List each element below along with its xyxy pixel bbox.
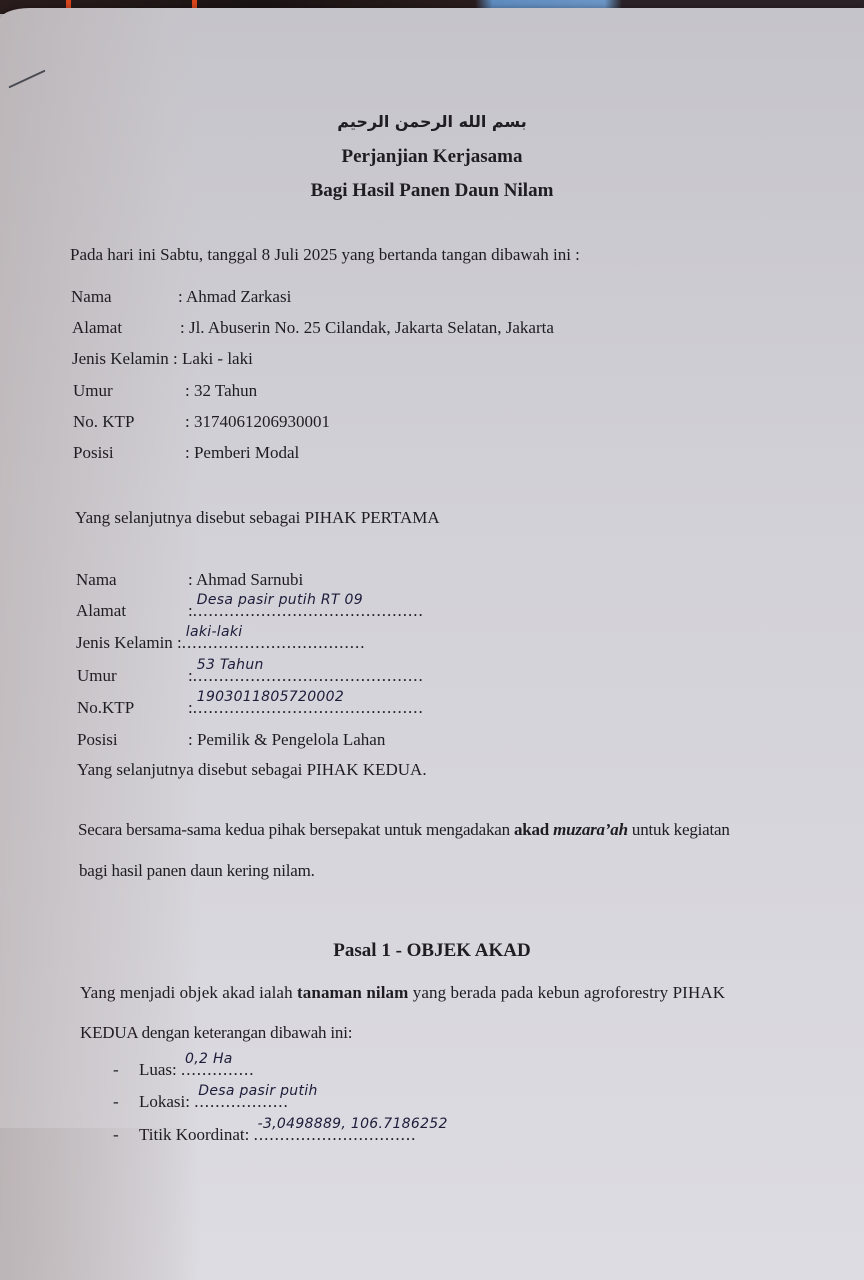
party-two-age: Umur:...................................…: [77, 666, 424, 686]
party-one-gender: Jenis Kelamin : Laki - laki: [72, 349, 253, 369]
handwritten-value: laki-laki: [186, 624, 243, 640]
field-label: Jenis Kelamin: [72, 349, 169, 369]
bullet: -: [113, 1092, 139, 1112]
party-two-gender: Jenis Kelamin :.........................…: [76, 633, 366, 653]
agreement-text: Secara bersama-sama kedua pihak bersepak…: [78, 820, 514, 839]
title-line-2: Bagi Hasil Panen Daun Nilam: [0, 180, 864, 202]
field-label: Nama: [71, 287, 178, 307]
field-value: : Pemilik & Pengelola Lahan: [188, 730, 385, 749]
pasal-1-heading: Pasal 1 - OBJEK AKAD: [0, 940, 864, 962]
field-label: Umur: [77, 666, 188, 686]
list-item-lokasi: -Lokasi: ..................Desa pasir pu…: [113, 1092, 289, 1112]
party-two-ktp: No.KTP:.................................…: [77, 698, 424, 718]
field-value: : Ahmad Zarkasi: [178, 287, 291, 306]
party-one-name: Nama: Ahmad Zarkasi: [71, 287, 291, 307]
field-label: No.KTP: [77, 698, 188, 718]
party-one-ktp: No. KTP: 3174061206930001: [73, 412, 330, 432]
item-label: Lokasi:: [139, 1092, 190, 1111]
field-value: : Ahmad Sarnubi: [188, 570, 303, 589]
party-two-address: Alamat:.................................…: [76, 601, 424, 621]
item-label: Luas:: [139, 1060, 177, 1079]
intro-text: yang berada pada kebun agroforestry PIHA…: [408, 983, 725, 1002]
handwritten-field: ........................................…: [193, 666, 424, 686]
handwritten-value: -3,0498889, 106.7186252: [258, 1116, 448, 1132]
field-label: Jenis Kelamin: [76, 633, 173, 653]
field-value: : 32 Tahun: [185, 381, 257, 400]
list-item-koordinat: -Titik Koordinat: ......................…: [113, 1125, 416, 1145]
field-label: Nama: [76, 570, 188, 590]
opening-statement: Pada hari ini Sabtu, tanggal 8 Juli 2025…: [70, 245, 580, 265]
handwritten-field: ........................................…: [193, 698, 424, 718]
field-label: No. KTP: [73, 412, 185, 432]
handwritten-value: Desa pasir putih RT 09: [197, 592, 363, 608]
list-item-luas: -Luas: ..............0,2 Ha: [113, 1060, 255, 1080]
handwritten-field: ...............................-3,049888…: [254, 1125, 417, 1145]
party-one-address: Alamat: Jl. Abuserin No. 25 Cilandak, Ja…: [72, 318, 554, 338]
field-value: : Jl. Abuserin No. 25 Cilandak, Jakarta …: [180, 318, 554, 337]
pasal-1-intro-line-1: Yang menjadi objek akad ialah tanaman ni…: [80, 983, 725, 1003]
handwritten-field: ..............0,2 Ha: [181, 1060, 255, 1080]
party-one-position: Posisi: Pemberi Modal: [73, 443, 299, 463]
title-line-1: Perjanjian Kerjasama: [0, 146, 864, 168]
handwritten-value: Desa pasir putih: [198, 1083, 317, 1099]
field-value: : Laki - laki: [173, 349, 253, 368]
pencil-mark: [8, 70, 45, 89]
field-value: : 3174061206930001: [185, 412, 330, 431]
party-two-name: Nama: Ahmad Sarnubi: [76, 570, 303, 590]
shadow: [0, 1128, 200, 1280]
handwritten-value: 1903011805720002: [197, 689, 344, 705]
field-label: Alamat: [72, 318, 180, 338]
field-label: Umur: [73, 381, 185, 401]
handwritten-field: ..................Desa pasir putih: [194, 1092, 289, 1112]
pasal-1-intro-line-2: KEDUA dengan keterangan dibawah ini:: [80, 1023, 352, 1043]
party-one-age: Umur: 32 Tahun: [73, 381, 257, 401]
muzaraah-term: muzara’ah: [553, 820, 628, 839]
agreement-line-1: Secara bersama-sama kedua pihak bersepak…: [78, 820, 730, 840]
document-page: بسم الله الرحمن الرحيم Perjanjian Kerjas…: [0, 8, 864, 1280]
field-value: : Pemberi Modal: [185, 443, 299, 462]
party-two-position: Posisi: Pemilik & Pengelola Lahan: [77, 730, 385, 750]
field-label: Posisi: [73, 443, 185, 463]
party-two-designation: Yang selanjutnya disebut sebagai PIHAK K…: [77, 760, 427, 780]
bullet: -: [113, 1125, 139, 1145]
handwritten-field: ...................................laki-…: [182, 633, 366, 653]
bullet: -: [113, 1060, 139, 1080]
party-one-designation: Yang selanjutnya disebut sebagai PIHAK P…: [75, 508, 440, 528]
bismillah: بسم الله الرحمن الرحيم: [0, 112, 864, 131]
handwritten-value: 0,2 Ha: [185, 1051, 233, 1067]
handwritten-field: ........................................…: [193, 601, 424, 621]
intro-text: Yang menjadi objek akad ialah: [80, 983, 297, 1002]
agreement-line-2: bagi hasil panen daun kering nilam.: [79, 861, 315, 881]
field-label: Alamat: [76, 601, 188, 621]
akad-term: akad: [514, 820, 553, 839]
item-label: Titik Koordinat:: [139, 1125, 249, 1144]
tanaman-nilam-term: tanaman nilam: [297, 983, 408, 1002]
handwritten-value: 53 Tahun: [197, 657, 264, 673]
field-label: Posisi: [77, 730, 188, 750]
agreement-text: untuk kegiatan: [628, 820, 730, 839]
